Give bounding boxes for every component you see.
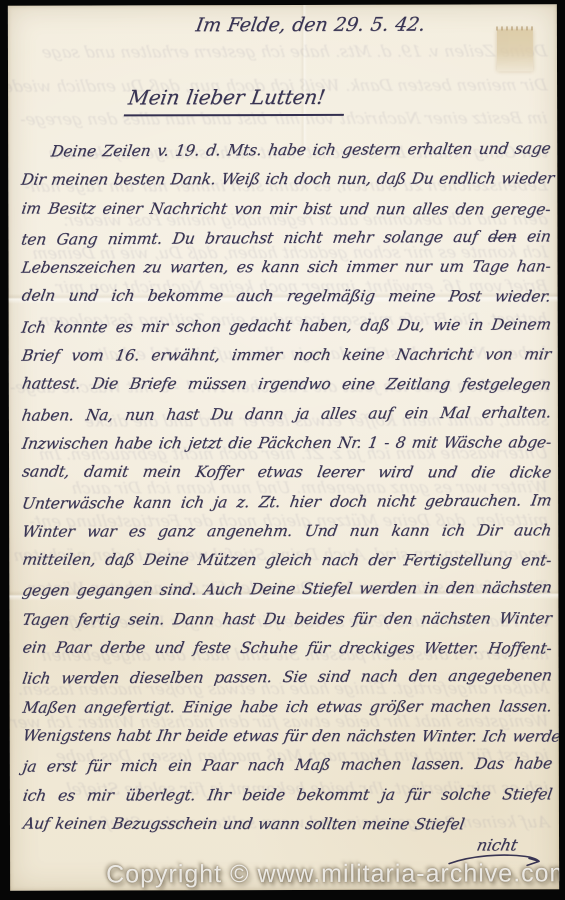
handwriting-line: ten Gang nimmt. Du brauchst nicht mehr s… <box>19 222 553 255</box>
salutation-block: Mein lieber Lutten! <box>126 85 346 117</box>
handwriting-line: Deine Zeilen v. 19. d. Mts. habe ich ges… <box>19 134 553 167</box>
handwriting-line: Inzwischen habe ich jetzt die Päckchen N… <box>20 428 554 459</box>
handwriting-line: Wenigstens habt Ihr beide etwas für den … <box>21 721 554 751</box>
handwriting-line: Tagen fertig sein. Dann hast Du beides f… <box>20 604 554 635</box>
letter-paper: Deine Zeilen v. 19. d. Mts. habe ich ges… <box>8 4 559 890</box>
tape-residue-mark <box>497 29 533 71</box>
handwriting-line: lich werden dieselben passen. Sie sind n… <box>20 662 554 695</box>
handwriting-line: Unterwäsche kann ich ja z. Zt. hier doch… <box>20 486 554 519</box>
handwriting-line: mitteilen, daß Deine Mützen gleich nach … <box>20 546 553 576</box>
handwriting-line: Lebenszeichen zu warten, es kann sich im… <box>19 252 553 283</box>
date-line: Im Felde, den 29. 5. 42. <box>194 14 426 37</box>
handwriting-line: im Besitz einer Nachricht von mir bist u… <box>19 194 552 224</box>
handwriting-line: ein Paar derbe und feste Schuhe für drec… <box>20 634 553 664</box>
handwriting-line: Maßen angefertigt. Einige habe ich etwas… <box>20 692 554 723</box>
handwriting-line: sandt, damit mein Koffer etwas leerer wi… <box>20 458 553 488</box>
letter-body: Deine Zeilen v. 19. d. Mts. habe ich ges… <box>21 135 552 840</box>
handwriting-line: ja erst für mich ein Paar nach Maß mache… <box>20 750 554 783</box>
handwriting-line: gegen gegangen sind. Auch Deine Stiefel … <box>20 574 554 607</box>
handwriting-line: haben. Na, nun hast Du dann ja alles auf… <box>20 398 554 431</box>
handwriting-line: deln und ich bekomme auch regelmäßig mei… <box>19 282 552 312</box>
copyright-watermark: Copyright © www.militaria-archive.com <box>106 859 559 889</box>
handwriting-line: Brief vom 16. erwähnt, immer noch keine … <box>19 340 553 371</box>
handwriting-line: Winter war es ganz angenehm. Und nun kan… <box>20 516 554 547</box>
handwriting-line: ich es mir überlegt. Ihr beide bekommt j… <box>21 780 555 811</box>
photo-border-background: Deine Zeilen v. 19. d. Mts. habe ich ges… <box>0 0 565 900</box>
handwriting-line: Ich konnte es mir schon gedacht haben, d… <box>19 310 553 343</box>
handwriting-line: hattest. Die Briefe müssen irgendwo eine… <box>20 370 553 400</box>
salutation: Mein lieber Lutten! <box>124 85 349 117</box>
handwriting-line: Dir meinen besten Dank. Weiß ich doch nu… <box>19 165 553 196</box>
bleedthrough-line: Deine Zeilen v. 19. d. Mts. habe ich ges… <box>8 34 559 69</box>
